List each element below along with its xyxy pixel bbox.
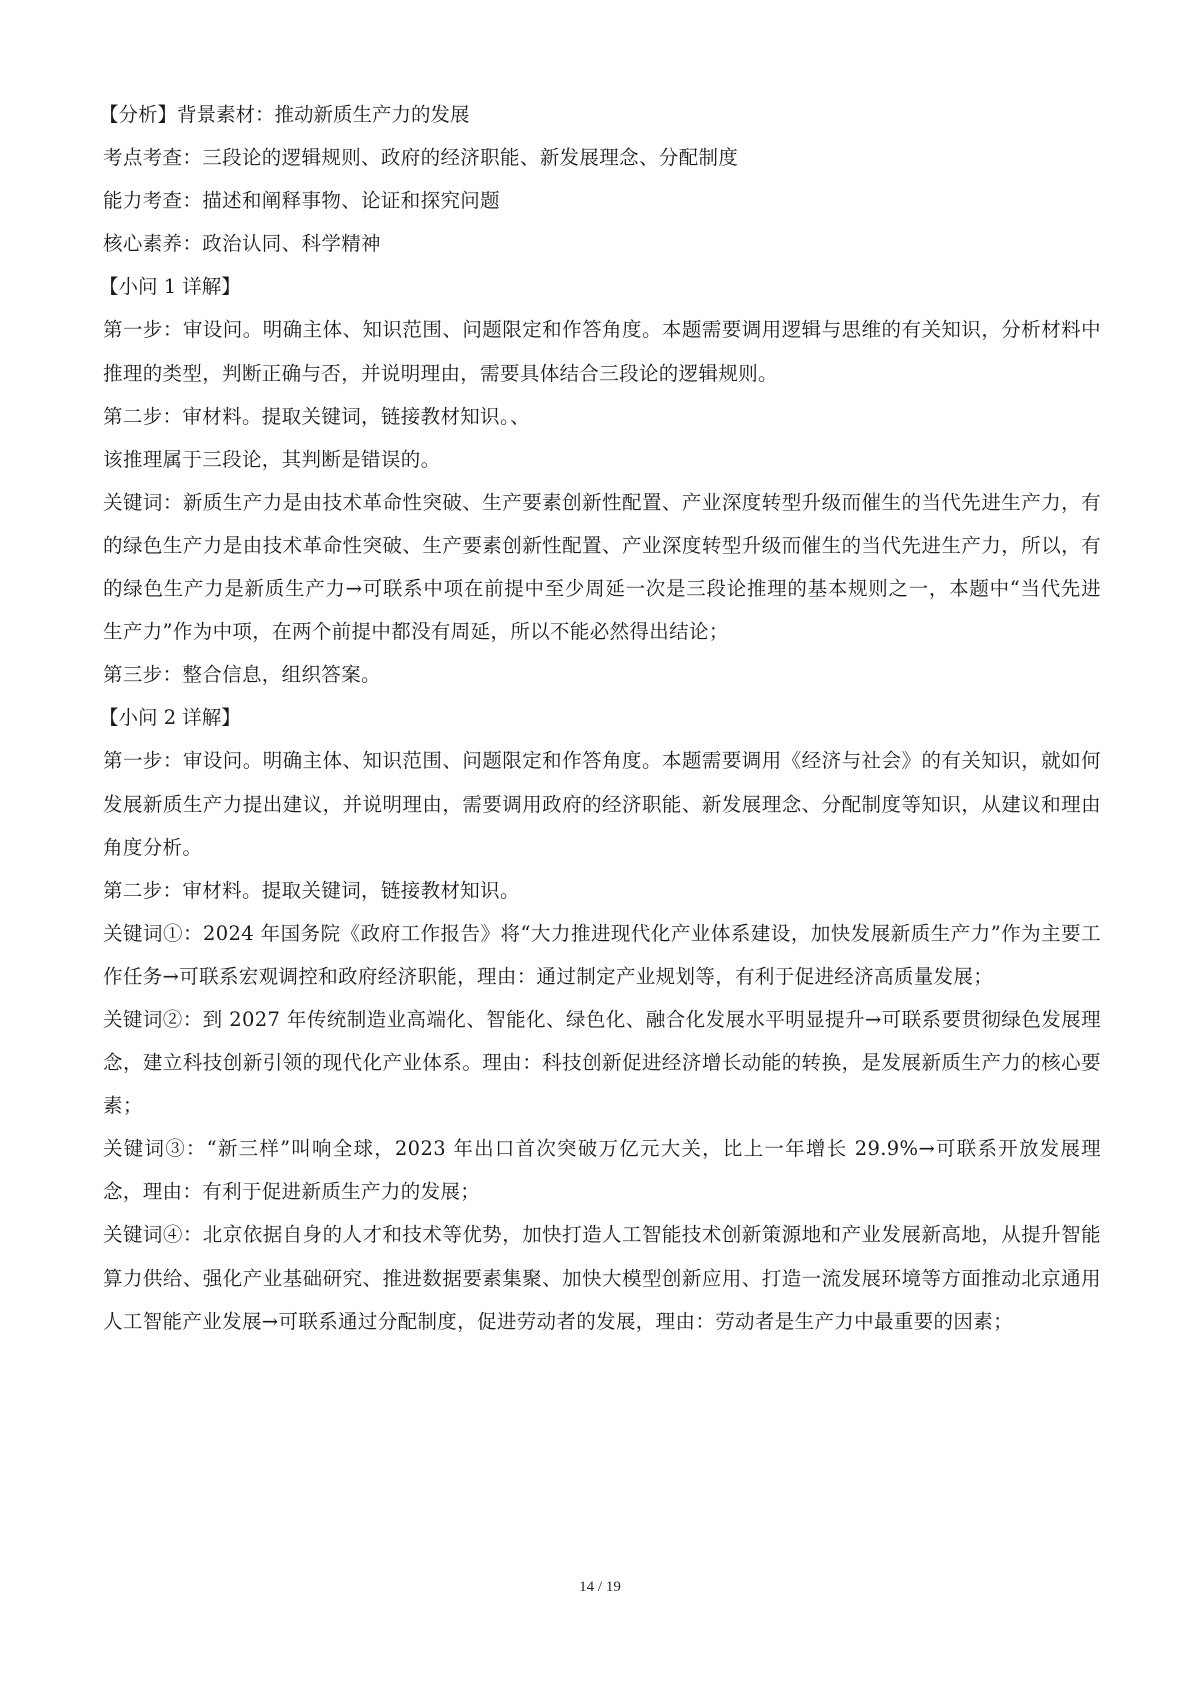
- analysis-heading: 【分析】背景素材：推动新质生产力的发展: [99, 93, 1101, 136]
- question-2-title: 【小问 2 详解】: [99, 696, 1101, 739]
- question-1-keyword: 关键词：新质生产力是由技术革命性突破、生产要素创新性配置、产业深度转型升级而催生…: [103, 481, 1101, 653]
- question-2-keyword-2: 关键词②：到 2027 年传统制造业高端化、智能化、绿色化、融合化发展水平明显提…: [103, 998, 1101, 1127]
- question-1-step-1: 第一步：审设问。明确主体、知识范围、问题限定和作答角度。本题需要调用逻辑与思维的…: [103, 308, 1101, 394]
- question-1-step-2: 第二步：审材料。提取关键词，链接教材知识。、: [103, 395, 1101, 438]
- question-2-keyword-3: 关键词③：“新三样”叫响全球，2023 年出口首次突破万亿元大关，比上一年增长 …: [103, 1127, 1101, 1213]
- question-2-keyword-4: 关键词④：北京依据自身的人才和技术等优势，加快打造人工智能技术创新策源地和产业发…: [103, 1213, 1101, 1342]
- question-2-step-2: 第二步：审材料。提取关键词，链接教材知识。: [103, 869, 1101, 912]
- question-1-step-3: 第三步：整合信息，组织答案。: [103, 653, 1101, 696]
- question-1-title: 【小问 1 详解】: [99, 265, 1101, 308]
- core-literacy-line: 核心素养：政治认同、科学精神: [103, 222, 1101, 265]
- question-1-judgement: 该推理属于三段论，其判断是错误的。: [103, 438, 1101, 481]
- page-number: 14 / 19: [0, 1579, 1200, 1596]
- document-page: 【分析】背景素材：推动新质生产力的发展 考点考查：三段论的逻辑规则、政府的经济职…: [103, 93, 1101, 1343]
- ability-line: 能力考查：描述和阐释事物、论证和探究问题: [103, 179, 1101, 222]
- question-2-step-1: 第一步：审设问。明确主体、知识范围、问题限定和作答角度。本题需要调用《经济与社会…: [103, 739, 1101, 868]
- question-2-keyword-1: 关键词①：2024 年国务院《政府工作报告》将“大力推进现代化产业体系建设，加快…: [103, 912, 1101, 998]
- exam-points-line: 考点考查：三段论的逻辑规则、政府的经济职能、新发展理念、分配制度: [103, 136, 1101, 179]
